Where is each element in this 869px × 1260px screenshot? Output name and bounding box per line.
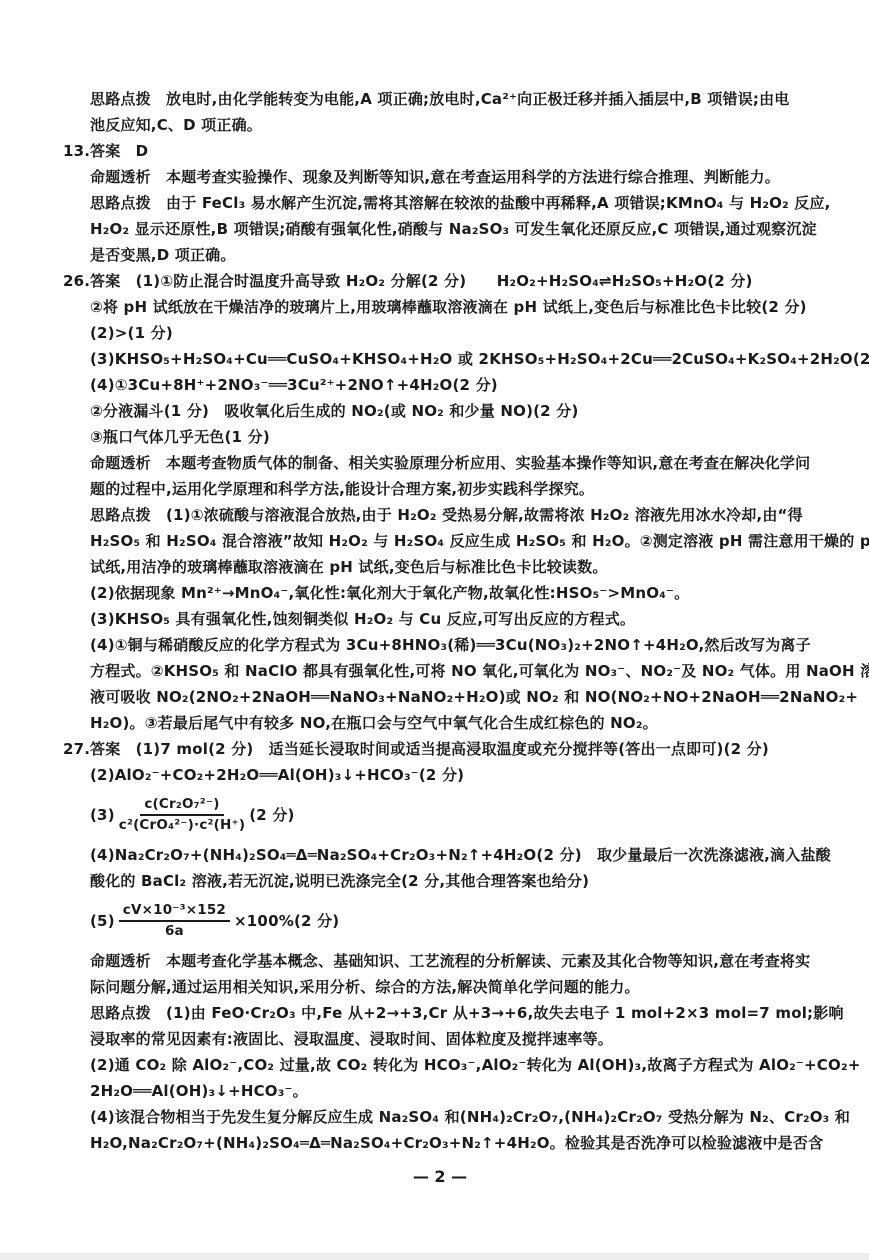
line-text: (4)①铜与稀硝酸反应的化学方程式为 3Cu+8HNO₃(稀)══3Cu(NO₃…: [90, 636, 811, 654]
item-number-13: 13.: [63, 138, 90, 164]
q27-analysis-line-1: 命题透析 本题考查化学基本概念、基础知识、工艺流程的分析解读、元素及其化合物等知…: [90, 948, 830, 974]
line-text: 题的过程中,运用化学原理和科学方法,能设计合理方案,初步实践科学探究。: [90, 480, 594, 498]
line-text: (3)KHSO₅+H₂SO₄+Cu══CuSO₄+KHSO₄+H₂O 或 2KH…: [90, 350, 869, 368]
line-text: (4)①3Cu+8H⁺+2NO₃⁻══3Cu²⁺+2NO↑+4H₂O(2 分): [90, 376, 498, 394]
line-text: 思路点拨 (1)①浓硫酸与溶液混合放热,由于 H₂O₂ 受热易分解,故需将浓 H…: [90, 506, 803, 524]
line-text: 浸取率的常见因素有:液固比、浸取温度、浸取时间、固体粒度及搅拌速率等。: [90, 1030, 613, 1048]
q13-insight-line-2: H₂O₂ 显示还原性,B 项错误;硝酸有强氧化性,硝酸与 Na₂SO₃ 可发生氧…: [90, 216, 830, 242]
line-text: 思路点拨 (1)由 FeO·Cr₂O₃ 中,Fe 从+2→+3,Cr 从+3→+…: [90, 1004, 844, 1022]
q26-insight-line-7: 方程式。②KHSO₅ 和 NaClO 都具有强氧化性,可将 NO 氧化,可氧化为…: [90, 658, 830, 684]
q26-insight-line-8: 液可吸收 NO₂(2NO₂+2NaOH══NaNO₃+NaNO₂+H₂O)或 N…: [90, 684, 830, 710]
q27-insight-line-6: H₂O,Na₂Cr₂O₇+(NH₄)₂SO₄═Δ═Na₂SO₄+Cr₂O₃+N₂…: [90, 1130, 830, 1156]
item-number-26: 26.: [63, 268, 90, 294]
q26-answer-line-5: (4)①3Cu+8H⁺+2NO₃⁻══3Cu²⁺+2NO↑+4H₂O(2 分): [90, 372, 830, 398]
q27-answer-line-5: 酸化的 BaCl₂ 溶液,若无沉淀,说明已洗涤完全(2 分,其他合理答案也给分): [90, 868, 830, 894]
line-text: ②分液漏斗(1 分) 吸收氧化后生成的 NO₂(或 NO₂ 和少量 NO)(2 …: [90, 402, 579, 420]
line-text: 命题透析 本题考查物质气体的制备、相关实验原理分析应用、实验基本操作等知识,意在…: [90, 454, 810, 472]
exam-answer-page: 思路点拨 放电时,由化学能转变为电能,A 项正确;放电时,Ca²⁺向正极迁移并插…: [0, 0, 869, 1260]
line-text: (4)该混合物相当于先发生复分解反应生成 Na₂SO₄ 和(NH₄)₂Cr₂O₇…: [90, 1108, 850, 1126]
line-text: ②将 pH 试纸放在干燥洁净的玻璃片上,用玻璃棒蘸取溶液滴在 pH 试纸上,变色…: [90, 298, 807, 316]
q27-insight-line-4: 2H₂O══Al(OH)₃↓+HCO₃⁻。: [90, 1078, 830, 1104]
line-text: (2)AlO₂⁻+CO₂+2H₂O══Al(OH)₃↓+HCO₃⁻(2 分): [90, 766, 464, 784]
line-text: (3)KHSO₅ 具有强氧化性,蚀刻铜类似 H₂O₂ 与 Cu 反应,可写出反应…: [90, 610, 635, 628]
line-text: 答案 (1)7 mol(2 分) 适当延长浸取时间或适当提高浸取温度或充分搅拌等…: [90, 740, 769, 758]
q26-insight-line-9: H₂O)。③若最后尾气中有较多 NO,在瓶口会与空气中氧气化合生成红棕色的 NO…: [90, 710, 830, 736]
line-text: 2H₂O══Al(OH)₃↓+HCO₃⁻。: [90, 1082, 308, 1100]
line-text: H₂O,Na₂Cr₂O₇+(NH₄)₂SO₄═Δ═Na₂SO₄+Cr₂O₃+N₂…: [90, 1134, 823, 1152]
fraction-prefix: (5): [90, 908, 115, 934]
q13-insight-line-1: 思路点拨 由于 FeCl₃ 易水解产生沉淀,需将其溶解在较浓的盐酸中再稀释,A …: [90, 190, 830, 216]
line-text: 际问题分解,通过运用相关知识,采用分析、综合的方法,解决简单化学问题的能力。: [90, 978, 640, 996]
line-text: ③瓶口气体几乎无色(1 分): [90, 428, 270, 446]
q26-answer-line-4: (3)KHSO₅+H₂SO₄+Cu══CuSO₄+KHSO₄+H₂O 或 2KH…: [90, 346, 830, 372]
q27-insight-line-2: 浸取率的常见因素有:液固比、浸取温度、浸取时间、固体粒度及搅拌速率等。: [90, 1026, 830, 1052]
yield-percentage-fraction: cV×10⁻³×152 6a: [119, 902, 230, 940]
q27-answer-line-1: 27.答案 (1)7 mol(2 分) 适当延长浸取时间或适当提高浸取温度或充分…: [90, 736, 830, 762]
q26-insight-line-1: 思路点拨 (1)①浓硫酸与溶液混合放热,由于 H₂O₂ 受热易分解,故需将浓 H…: [90, 502, 830, 528]
q13-answer-line: 13.答案 D: [90, 138, 830, 164]
line-text: H₂SO₅ 和 H₂SO₄ 混合溶液”故知 H₂O₂ 与 H₂SO₄ 反应生成 …: [90, 532, 869, 550]
q13-analysis-line: 命题透析 本题考查实验操作、现象及判断等知识,意在考查运用科学的方法进行综合推理…: [90, 164, 830, 190]
q27-insight-line-1: 思路点拨 (1)由 FeO·Cr₂O₃ 中,Fe 从+2→+3,Cr 从+3→+…: [90, 1000, 830, 1026]
line-text: (2)依据现象 Mn²⁺→MnO₄⁻,氧化性:氧化剂大于氧化产物,故氧化性:HS…: [90, 584, 689, 602]
answer-text-column: 思路点拨 放电时,由化学能转变为电能,A 项正确;放电时,Ca²⁺向正极迁移并插…: [90, 86, 830, 1190]
equilibrium-constant-fraction: c(Cr₂O₇²⁻) c²(CrO₄²⁻)·c²(H⁺): [119, 796, 245, 834]
item-number-27: 27.: [63, 736, 90, 762]
q26-insight-line-4: (2)依据现象 Mn²⁺→MnO₄⁻,氧化性:氧化剂大于氧化产物,故氧化性:HS…: [90, 580, 830, 606]
q12-insight-line-2: 池反应知,C、D 项正确。: [90, 112, 830, 138]
q26-answer-line-7: ③瓶口气体几乎无色(1 分): [90, 424, 830, 450]
q12-insight-line-1: 思路点拨 放电时,由化学能转变为电能,A 项正确;放电时,Ca²⁺向正极迁移并插…: [90, 86, 830, 112]
q26-answer-line-6: ②分液漏斗(1 分) 吸收氧化后生成的 NO₂(或 NO₂ 和少量 NO)(2 …: [90, 398, 830, 424]
fraction-numerator: c(Cr₂O₇²⁻): [140, 796, 223, 816]
line-text: 命题透析 本题考查化学基本概念、基础知识、工艺流程的分析解读、元素及其化合物等知…: [90, 952, 810, 970]
q26-insight-line-3: 试纸,用洁净的玻璃棒蘸取溶液滴在 pH 试纸,变色后与标准比色卡比较读数。: [90, 554, 830, 580]
line-text: (2)>(1 分): [90, 324, 173, 342]
fraction-suffix: (2 分): [249, 802, 294, 828]
fraction-denominator: c²(CrO₄²⁻)·c²(H⁺): [119, 816, 245, 834]
line-text: 答案 D: [90, 142, 148, 160]
line-text: 是否变黑,D 项正确。: [90, 246, 236, 264]
line-text: H₂O)。③若最后尾气中有较多 NO,在瓶口会与空气中氧气化合生成红棕色的 NO…: [90, 714, 658, 732]
line-text: 思路点拨 放电时,由化学能转变为电能,A 项正确;放电时,Ca²⁺向正极迁移并插…: [90, 90, 790, 108]
q13-insight-line-3: 是否变黑,D 项正确。: [90, 242, 830, 268]
page-number: — 2 —: [90, 1164, 790, 1190]
line-text: 试纸,用洁净的玻璃棒蘸取溶液滴在 pH 试纸,变色后与标准比色卡比较读数。: [90, 558, 608, 576]
line-text: H₂O₂ 显示还原性,B 项错误;硝酸有强氧化性,硝酸与 Na₂SO₃ 可发生氧…: [90, 220, 817, 238]
q27-insight-line-5: (4)该混合物相当于先发生复分解反应生成 Na₂SO₄ 和(NH₄)₂Cr₂O₇…: [90, 1104, 830, 1130]
fraction-suffix: ×100%(2 分): [234, 908, 339, 934]
q27-answer-line-2: (2)AlO₂⁻+CO₂+2H₂O══Al(OH)₃↓+HCO₃⁻(2 分): [90, 762, 830, 788]
line-text: 液可吸收 NO₂(2NO₂+2NaOH══NaNO₃+NaNO₂+H₂O)或 N…: [90, 688, 858, 706]
scan-edge-shadow: [0, 1253, 869, 1260]
q27-insight-line-3: (2)通 CO₂ 除 AlO₂⁻,CO₂ 过量,故 CO₂ 转化为 HCO₃⁻,…: [90, 1052, 830, 1078]
line-text: 答案 (1)①防止混合时温度升高导致 H₂O₂ 分解(2 分) H₂O₂+H₂S…: [90, 272, 753, 290]
q26-insight-line-2: H₂SO₅ 和 H₂SO₄ 混合溶液”故知 H₂O₂ 与 H₂SO₄ 反应生成 …: [90, 528, 830, 554]
fraction-prefix: (3): [90, 802, 115, 828]
q26-analysis-line-1: 命题透析 本题考查物质气体的制备、相关实验原理分析应用、实验基本操作等知识,意在…: [90, 450, 830, 476]
line-text: 酸化的 BaCl₂ 溶液,若无沉淀,说明已洗涤完全(2 分,其他合理答案也给分): [90, 872, 589, 890]
line-text: 方程式。②KHSO₅ 和 NaClO 都具有强氧化性,可将 NO 氧化,可氧化为…: [90, 662, 869, 680]
q26-answer-line-2: ②将 pH 试纸放在干燥洁净的玻璃片上,用玻璃棒蘸取溶液滴在 pH 试纸上,变色…: [90, 294, 830, 320]
q27-answer-line-3-fraction: (3) c(Cr₂O₇²⁻) c²(CrO₄²⁻)·c²(H⁺) (2 分): [90, 788, 830, 842]
q26-answer-line-3: (2)>(1 分): [90, 320, 830, 346]
fraction-denominator: 6a: [165, 922, 184, 940]
line-text: (4)Na₂Cr₂O₇+(NH₄)₂SO₄═Δ═Na₂SO₄+Cr₂O₃+N₂↑…: [90, 846, 831, 864]
line-text: (2)通 CO₂ 除 AlO₂⁻,CO₂ 过量,故 CO₂ 转化为 HCO₃⁻,…: [90, 1056, 861, 1074]
q27-answer-line-6-fraction: (5) cV×10⁻³×152 6a ×100%(2 分): [90, 894, 830, 948]
q26-insight-line-5: (3)KHSO₅ 具有强氧化性,蚀刻铜类似 H₂O₂ 与 Cu 反应,可写出反应…: [90, 606, 830, 632]
line-text: 池反应知,C、D 项正确。: [90, 116, 262, 134]
q26-insight-line-6: (4)①铜与稀硝酸反应的化学方程式为 3Cu+8HNO₃(稀)══3Cu(NO₃…: [90, 632, 830, 658]
line-text: 思路点拨 由于 FeCl₃ 易水解产生沉淀,需将其溶解在较浓的盐酸中再稀释,A …: [90, 194, 831, 212]
fraction-numerator: cV×10⁻³×152: [119, 902, 230, 922]
q26-answer-line-1: 26.答案 (1)①防止混合时温度升高导致 H₂O₂ 分解(2 分) H₂O₂+…: [90, 268, 830, 294]
q26-analysis-line-2: 题的过程中,运用化学原理和科学方法,能设计合理方案,初步实践科学探究。: [90, 476, 830, 502]
line-text: 命题透析 本题考查实验操作、现象及判断等知识,意在考查运用科学的方法进行综合推理…: [90, 168, 780, 186]
q27-analysis-line-2: 际问题分解,通过运用相关知识,采用分析、综合的方法,解决简单化学问题的能力。: [90, 974, 830, 1000]
q27-answer-line-4: (4)Na₂Cr₂O₇+(NH₄)₂SO₄═Δ═Na₂SO₄+Cr₂O₃+N₂↑…: [90, 842, 830, 868]
